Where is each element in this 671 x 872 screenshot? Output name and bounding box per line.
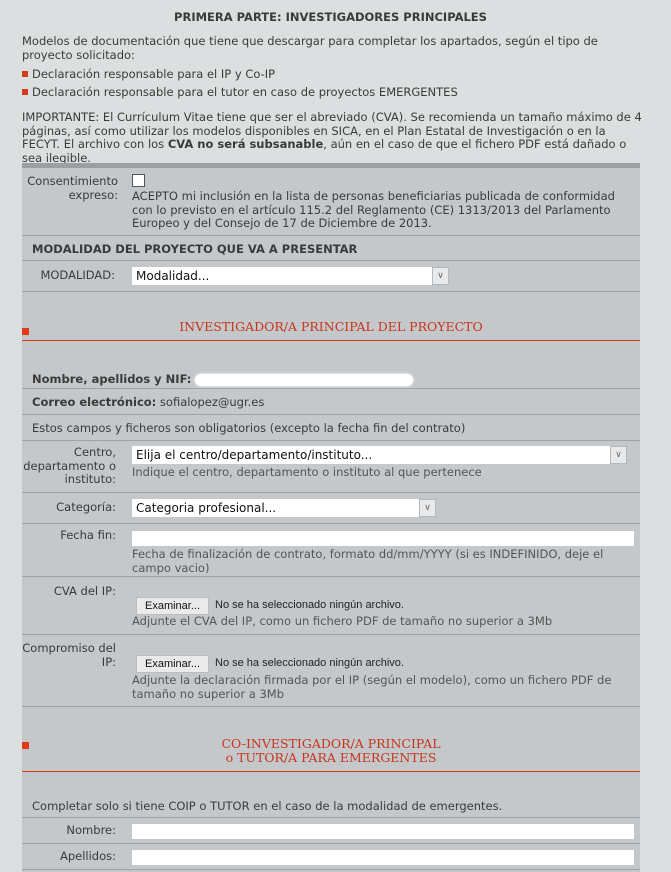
link-label[interactable]: Declaración responsable para el tutor en…: [32, 85, 458, 99]
coip-note-row: Completar solo si tiene COIP o TUTOR en …: [22, 773, 640, 818]
categoria-row: Categoría: Categoria profesional... ∨: [22, 493, 640, 524]
ip-section-heading: INVESTIGADOR/A PRINCIPAL DEL PROYECTO: [22, 320, 640, 341]
categoria-select[interactable]: Categoria profesional... ∨: [132, 499, 436, 517]
ip-name-row: Nombre, apellidos y NIF:: [22, 342, 640, 389]
modalidad-select[interactable]: Modalidad... ∨: [132, 267, 449, 285]
redacted-name-value: [195, 374, 413, 386]
centro-row: Centro, departamento o instituto: Elija …: [22, 441, 640, 493]
modalidad-selected: Modalidad...: [136, 269, 209, 283]
compromiso-browse-button[interactable]: Examinar...: [136, 655, 209, 673]
intro-text: Modelos de documentación que tiene que d…: [22, 35, 642, 62]
page-title: PRIMERA PARTE: INVESTIGADORES PRINCIPALE…: [0, 10, 661, 24]
required-note-row: Estos campos y ficheros son obligatorios…: [22, 415, 640, 441]
centro-selected: Elija el centro/departamento/instituto..…: [136, 448, 372, 462]
fecha-fin-input[interactable]: [132, 531, 634, 546]
ip-email-row: Correo electrónico: sofialopez@ugr.es: [22, 389, 640, 415]
compromiso-hint: Adjunte la declaración firmada por el IP…: [132, 674, 622, 701]
fecha-fin-row: Fecha fin: Fecha de finalización de cont…: [22, 524, 640, 577]
required-note: Estos campos y ficheros son obligatorios…: [32, 421, 465, 435]
consent-label: Consentimiento expreso:: [22, 175, 118, 202]
modalidad-row: MODALIDAD: Modalidad... ∨: [22, 261, 640, 292]
important-bold-text: CVA no será subsanable: [168, 137, 323, 151]
consent-checkbox[interactable]: [132, 174, 145, 187]
chevron-down-icon[interactable]: ∨: [610, 446, 627, 464]
chevron-down-icon[interactable]: ∨: [419, 499, 436, 517]
fecha-fin-label: Fecha fin:: [22, 529, 116, 543]
link-label[interactable]: Declaración responsable para el IP y Co-…: [32, 67, 275, 81]
coip-section-heading: CO-INVESTIGADOR/A PRINCIPAL o TUTOR/A PA…: [22, 737, 640, 772]
chevron-down-icon[interactable]: ∨: [432, 267, 449, 285]
section-square-icon: [22, 742, 29, 749]
coip-note: Completar solo si tiene COIP o TUTOR en …: [32, 799, 502, 813]
cva-hint: Adjunte el CVA del IP, como un fichero P…: [132, 615, 552, 629]
compromiso-row: Compromiso del IP: Examinar... No se ha …: [22, 635, 640, 707]
modalidad-heading: MODALIDAD DEL PROYECTO QUE VA A PRESENTA…: [32, 242, 357, 256]
modalidad-heading-row: MODALIDAD DEL PROYECTO QUE VA A PRESENTA…: [22, 236, 640, 261]
centro-label: Centro, departamento o instituto:: [22, 446, 116, 487]
bullet-square-icon: [22, 71, 28, 77]
section-square-icon: [22, 328, 29, 335]
compromiso-file-status: No se ha seleccionado ningún archivo.: [215, 657, 404, 669]
coip-apellidos-label: Apellidos:: [22, 850, 116, 864]
consent-row: Consentimiento expreso: ACEPTO mi inclus…: [22, 168, 640, 236]
centro-select[interactable]: Elija el centro/departamento/instituto..…: [132, 446, 627, 464]
cva-label: CVA del IP:: [22, 585, 116, 599]
centro-hint: Indique el centro, departamento o instit…: [132, 466, 482, 480]
coip-apellidos-row: Apellidos:: [22, 844, 640, 870]
cva-file-status: No se ha seleccionado ningún archivo.: [215, 599, 404, 611]
categoria-label: Categoría:: [22, 501, 116, 515]
coip-nombre-label: Nombre:: [22, 824, 116, 838]
bullet-square-icon: [22, 89, 28, 95]
coip-section-title-line1: CO-INVESTIGADOR/A PRINCIPAL: [22, 737, 640, 751]
coip-nombre-row: Nombre:: [22, 818, 640, 844]
important-notice: IMPORTANTE: El Currículum Vitae tiene qu…: [22, 111, 644, 165]
categoria-selected: Categoria profesional...: [136, 501, 276, 515]
application-form: Consentimiento expreso: ACEPTO mi inclus…: [22, 163, 640, 872]
consent-text: ACEPTO mi inclusión en la lista de perso…: [132, 190, 622, 231]
modalidad-label: MODALIDAD:: [22, 269, 115, 283]
download-link-ip-coip[interactable]: Declaración responsable para el IP y Co-…: [22, 67, 275, 81]
ip-email-label: Correo electrónico:: [32, 395, 156, 409]
download-link-tutor[interactable]: Declaración responsable para el tutor en…: [22, 85, 458, 99]
compromiso-label: Compromiso del IP:: [22, 642, 116, 669]
ip-email-value: sofialopez@ugr.es: [160, 395, 264, 409]
ip-name-label: Nombre, apellidos y NIF:: [32, 372, 191, 386]
coip-nombre-input[interactable]: [132, 824, 634, 839]
ip-section-title: INVESTIGADOR/A PRINCIPAL DEL PROYECTO: [179, 319, 483, 334]
cva-row: CVA del IP: Examinar... No se ha selecci…: [22, 577, 640, 635]
cva-browse-button[interactable]: Examinar...: [136, 597, 209, 615]
fecha-fin-hint: Fecha de finalización de contrato, forma…: [132, 548, 622, 575]
coip-section-title-line2: o TUTOR/A PARA EMERGENTES: [22, 751, 640, 765]
coip-apellidos-input[interactable]: [132, 850, 634, 865]
